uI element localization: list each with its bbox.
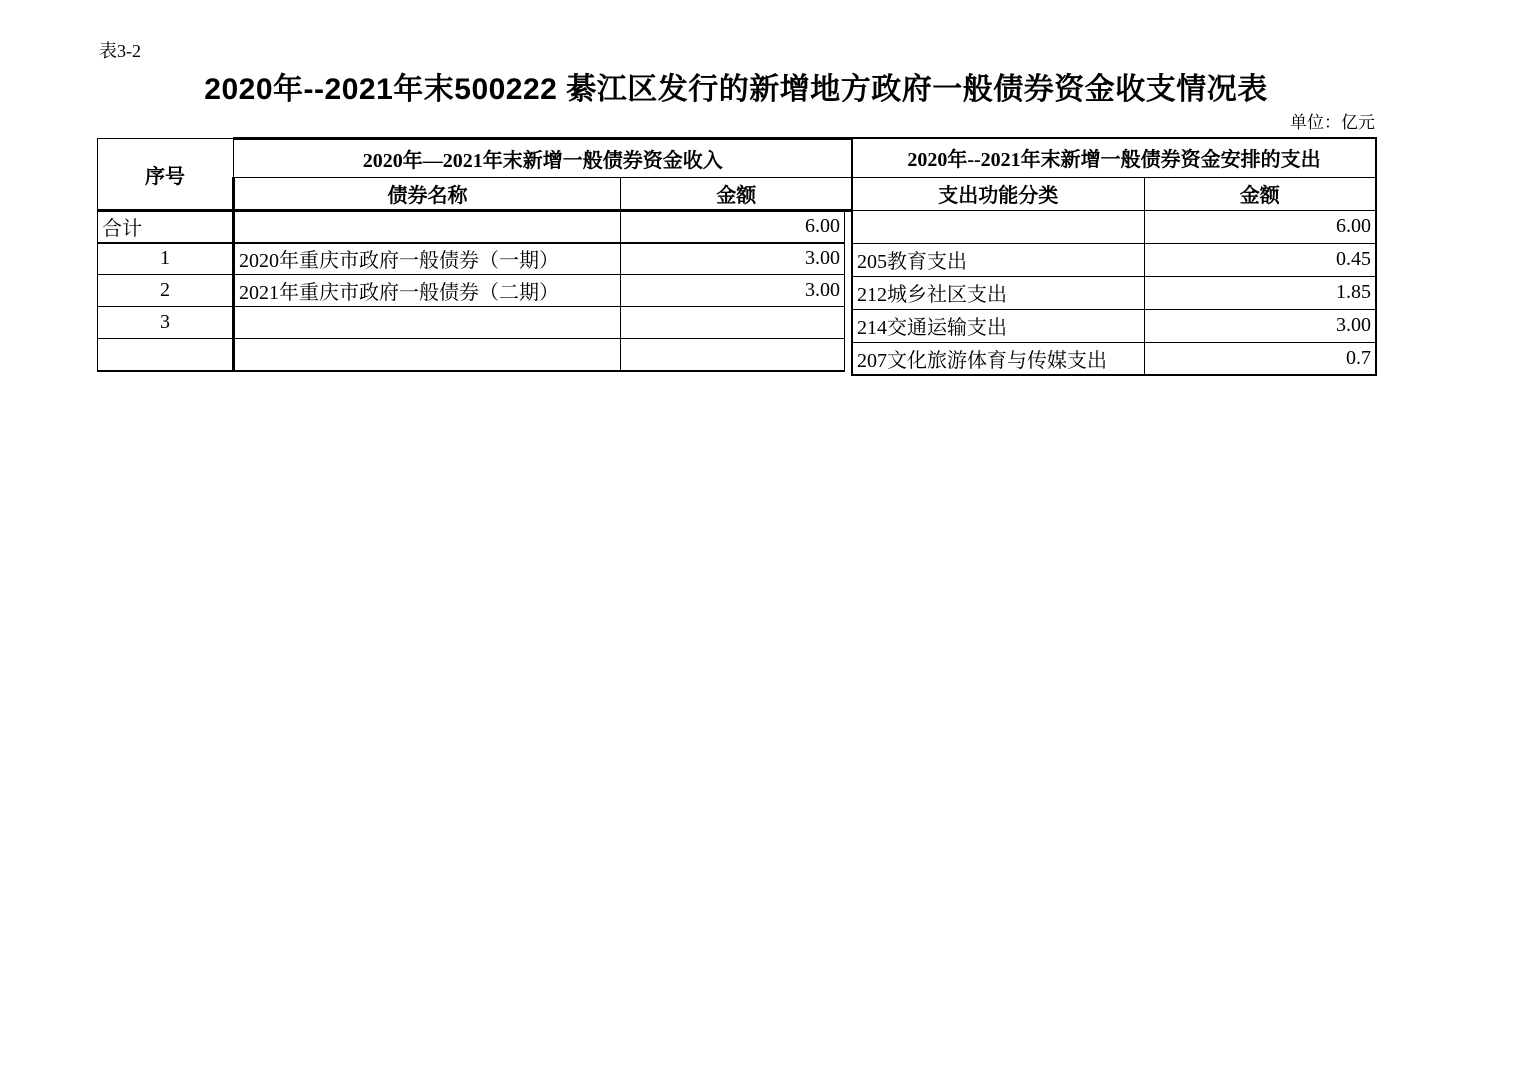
expense-category-cell: [852, 210, 1144, 243]
bond-name-cell: 2020年重庆市政府一般债券（一期）: [234, 243, 621, 275]
seq-cell: [98, 339, 234, 371]
income-total-row: 合计 6.00: [98, 211, 852, 243]
document-page: 表3-2 2020年--2021年末500222 綦江区发行的新增地方政府一般债…: [0, 0, 1520, 1074]
bond-name-header-cell: 债券名称: [234, 178, 621, 211]
income-group-header-cell: 2020年—2021年末新增一般债券资金收入: [234, 139, 852, 178]
income-amount-cell: [621, 339, 845, 371]
income-row: 1 2020年重庆市政府一般债券（一期） 3.00: [98, 243, 852, 275]
expense-category-cell: 212城乡社区支出: [852, 276, 1144, 309]
expense-category-cell: 214交通运输支出: [852, 309, 1144, 342]
income-amount-cell: [621, 307, 845, 339]
seq-cell: 1: [98, 243, 234, 275]
bond-name-cell: [234, 211, 621, 243]
expense-category-cell: 207文化旅游体育与传媒支出: [852, 342, 1144, 375]
expense-table: 2020年--2021年末新增一般债券资金安排的支出 支出功能分类 金额 6.0…: [851, 137, 1377, 376]
seq-cell: 3: [98, 307, 234, 339]
expense-total-row: 6.00: [852, 210, 1376, 243]
expense-row: 212城乡社区支出 1.85: [852, 276, 1376, 309]
seq-cell: 合计: [98, 211, 234, 243]
expense-amount-cell: 0.45: [1144, 243, 1376, 276]
expense-category-header-cell: 支出功能分类: [852, 177, 1144, 210]
bond-name-cell: [234, 307, 621, 339]
income-table: 序号 2020年—2021年末新增一般债券资金收入 债券名称 金额 合计 6.0…: [97, 137, 852, 372]
income-amount-cell: 3.00: [621, 243, 845, 275]
seq-header-cell: 序号: [98, 139, 234, 211]
seq-cell: 2: [98, 275, 234, 307]
unit-label: 单位：亿元: [97, 108, 1375, 133]
income-amount-header-cell: 金额: [621, 178, 852, 211]
expense-amount-cell: 6.00: [1144, 210, 1376, 243]
income-amount-cell: 6.00: [621, 211, 845, 243]
expense-row: 214交通运输支出 3.00: [852, 309, 1376, 342]
income-row: 2 2021年重庆市政府一般债券（二期） 3.00: [98, 275, 852, 307]
income-row: [98, 339, 852, 371]
expense-amount-cell: 0.7: [1144, 342, 1376, 375]
expense-category-cell: 205教育支出: [852, 243, 1144, 276]
income-row: 3: [98, 307, 852, 339]
expense-amount-cell: 3.00: [1144, 309, 1376, 342]
expense-amount-header-cell: 金额: [1144, 177, 1376, 210]
bond-name-cell: [234, 339, 621, 371]
bond-name-cell: 2021年重庆市政府一般债券（二期）: [234, 275, 621, 307]
expense-amount-cell: 1.85: [1144, 276, 1376, 309]
expense-row: 207文化旅游体育与传媒支出 0.7: [852, 342, 1376, 375]
income-amount-cell: 3.00: [621, 275, 845, 307]
corner-label: 表3-2: [99, 37, 141, 63]
page-title: 2020年--2021年末500222 綦江区发行的新增地方政府一般债券资金收支…: [97, 64, 1375, 108]
expense-group-header-cell: 2020年--2021年末新增一般债券资金安排的支出: [852, 138, 1376, 177]
expense-row: 205教育支出 0.45: [852, 243, 1376, 276]
